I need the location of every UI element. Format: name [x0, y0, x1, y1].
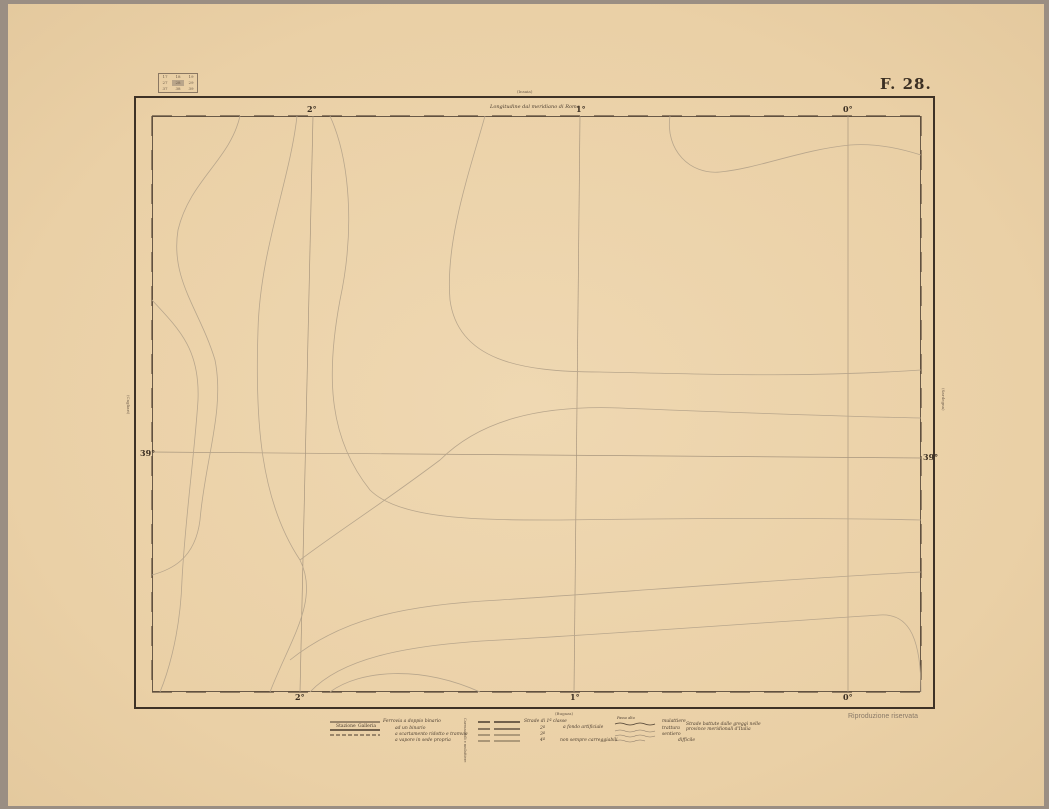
legend-road-2: 2ª — [540, 726, 545, 731]
legend-tunnel: Galleria — [358, 724, 376, 729]
legend-path-3: sentiero — [662, 732, 681, 737]
legend-rail-3: a scartamento ridotto e tramvie — [395, 732, 468, 737]
legend-road-4: 4ª — [540, 738, 545, 743]
legend-paths-heading: Passo alto — [617, 716, 635, 720]
legend-path-2: trattura — [662, 726, 680, 731]
legend-paths-brace: Strade battute dalle greggi nelle provin… — [686, 722, 766, 732]
legend-road-3: 3ª — [540, 732, 545, 737]
legend-station: Stazione — [336, 724, 356, 729]
legend-rail-4: a vapore in sede propria — [395, 738, 451, 743]
reproduction-note: Riproduzione riservata — [848, 713, 918, 720]
legend-road-1: Strade di 1ª classe — [524, 719, 567, 724]
legend-symbols — [0, 0, 1049, 809]
legend-path-4: difficile — [678, 738, 695, 743]
legend-roads-side: Carrozzabili e mulattiere — [463, 718, 467, 762]
legend-path-1: mulattiere — [662, 719, 686, 724]
legend-rail-1: Ferrovia a doppio binario — [383, 719, 441, 724]
legend-road-brace-2: non sempre carreggiabili — [560, 738, 618, 743]
legend-road-brace-1: a fondo artificiale — [563, 725, 603, 730]
legend-rail-2: ad un binario — [395, 726, 425, 731]
